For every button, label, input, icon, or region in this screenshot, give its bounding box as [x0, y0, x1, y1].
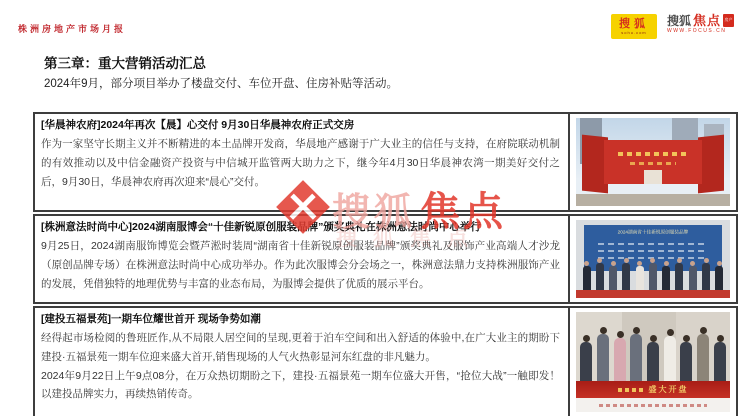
photo-crowd: [578, 334, 728, 386]
photo-red-banner: 盛大开盘: [576, 381, 730, 398]
person-silhouette: [702, 263, 710, 290]
article-paragraph: 经得起市场检阅的鲁班匠作,从不局限人居空间的呈现,更着于泊车空间和出入舒适的体验…: [41, 329, 560, 367]
person-silhouette: [680, 342, 692, 386]
sohu-focus-accent: 焦点: [693, 14, 721, 27]
person-silhouette: [583, 266, 591, 290]
parking-launch-photo: 盛大开盘: [576, 312, 730, 412]
person-silhouette: [697, 334, 709, 386]
person-silhouette: [597, 334, 609, 386]
sohu-focus-prefix: 搜狐: [667, 15, 691, 27]
person-silhouette: [714, 342, 726, 386]
person-silhouette: [609, 266, 617, 290]
sohu-logo: 搜狐 sohu.com: [611, 14, 657, 39]
person-silhouette: [622, 263, 630, 290]
award-ceremony-photo: 2024湖南省十佳新锐原创服装品牌: [576, 220, 730, 298]
sohu-focus-logo: 搜狐 焦点 房产 WWW.FOCUS.CN: [667, 14, 734, 34]
person-silhouette: [630, 334, 642, 386]
photo-red-carpet: [576, 290, 730, 298]
article-title: [建投五福景苑]一期车位耀世首开 现场争势如潮: [41, 312, 560, 328]
article-text-huachen: [华晨神农府]2024年再次【晨】心交付 9月30日华晨神农府正式交房 作为一家…: [35, 114, 570, 210]
person-silhouette: [636, 266, 644, 290]
person-silhouette: [715, 266, 723, 290]
person-silhouette: [647, 342, 659, 386]
photo-screen-text: 2024湖南省十佳新锐原创服装品牌: [613, 229, 693, 235]
article-text-yifa: [株洲意法时尚中心]2024湖南服博会“十佳新锐原创服装品牌”颁奖典礼在株洲意法…: [35, 216, 570, 302]
article-title: [株洲意法时尚中心]2024湖南服博会“十佳新锐原创服装品牌”颁奖典礼在株洲意法…: [41, 220, 560, 236]
article-row-yifa: [株洲意法时尚中心]2024湖南服博会“十佳新锐原创服装品牌”颁奖典礼在株洲意法…: [33, 214, 738, 304]
news-table: [华晨神农府]2024年再次【晨】心交付 9月30日华晨神农府正式交房 作为一家…: [33, 112, 738, 416]
photo-gold-calligraphy: [630, 162, 676, 165]
chapter-subtitle: 2024年9月，部分项目举办了楼盘交付、车位开盘、住房补贴等活动。: [44, 75, 398, 91]
photo-gold-calligraphy: [618, 152, 688, 156]
article-photo-cell: 盛大开盘: [570, 308, 736, 416]
person-silhouette: [689, 266, 697, 290]
sohu-focus-logo-row: 搜狐 焦点 房产: [667, 14, 734, 27]
sohu-focus-seal-icon: 房产: [723, 14, 734, 27]
photo-caption-strip: [576, 398, 730, 412]
article-paragraph: 作为一家坚守长期主义并不断精进的本土品牌开发商，华晨地产感谢于广大业主的信任与支…: [41, 135, 560, 192]
person-silhouette: [596, 263, 604, 290]
photo-ground: [576, 194, 730, 206]
photo-award-winners: [580, 263, 726, 290]
person-silhouette: [675, 263, 683, 290]
photo-gate-opening: [644, 170, 662, 184]
person-silhouette: [649, 263, 657, 290]
photo-caption-text-dashes: [599, 404, 707, 407]
person-silhouette: [662, 266, 670, 290]
sohu-logo-sublabel: sohu.com: [621, 31, 646, 35]
sohu-logo-label: 搜狐: [619, 19, 649, 30]
photo-red-gate: [604, 140, 702, 184]
person-silhouette: [580, 342, 592, 386]
article-row-jiantou: [建投五福景苑]一期车位耀世首开 现场争势如潮 经得起市场检阅的鲁班匠作,从不局…: [33, 306, 738, 416]
article-paragraph: 2024年9月22日上午9点08分，在万众热切期盼之下，建投·五福景苑一期车位盛…: [41, 367, 560, 405]
article-paragraph: 9月25日，2024湖南服饰博览会暨芦淞时装周“湖南省十佳新锐原创服装品牌”颁奖…: [41, 237, 560, 294]
photo-banner-gold-deco: [618, 388, 644, 392]
article-text-jiantou: [建投五福景苑]一期车位耀世首开 现场争势如潮 经得起市场检阅的鲁班匠作,从不局…: [35, 308, 570, 416]
photo-banner-text: 盛大开盘: [649, 384, 689, 395]
person-silhouette: [664, 336, 676, 386]
sohu-focus-url: WWW.FOCUS.CN: [667, 29, 726, 34]
article-title: [华晨神农府]2024年再次【晨】心交付 9月30日华晨神农府正式交房: [41, 118, 560, 134]
article-photo-cell: 2024湖南省十佳新锐原创服装品牌: [570, 216, 736, 302]
delivery-ceremony-photo: [576, 118, 730, 206]
logo-bar: 搜狐 sohu.com 搜狐 焦点 房产 WWW.FOCUS.CN: [611, 14, 734, 39]
article-row-huachen: [华晨神农府]2024年再次【晨】心交付 9月30日华晨神农府正式交房 作为一家…: [33, 112, 738, 212]
report-brand-header: 株洲房地产市场月报: [18, 22, 126, 35]
person-silhouette: [614, 338, 626, 386]
article-photo-cell: [570, 114, 736, 210]
chapter-title: 第三章：重大营销活动汇总: [44, 52, 206, 72]
report-page: 株洲房地产市场月报 搜狐 sohu.com 搜狐 焦点 房产 WWW.FOCUS…: [0, 0, 740, 416]
